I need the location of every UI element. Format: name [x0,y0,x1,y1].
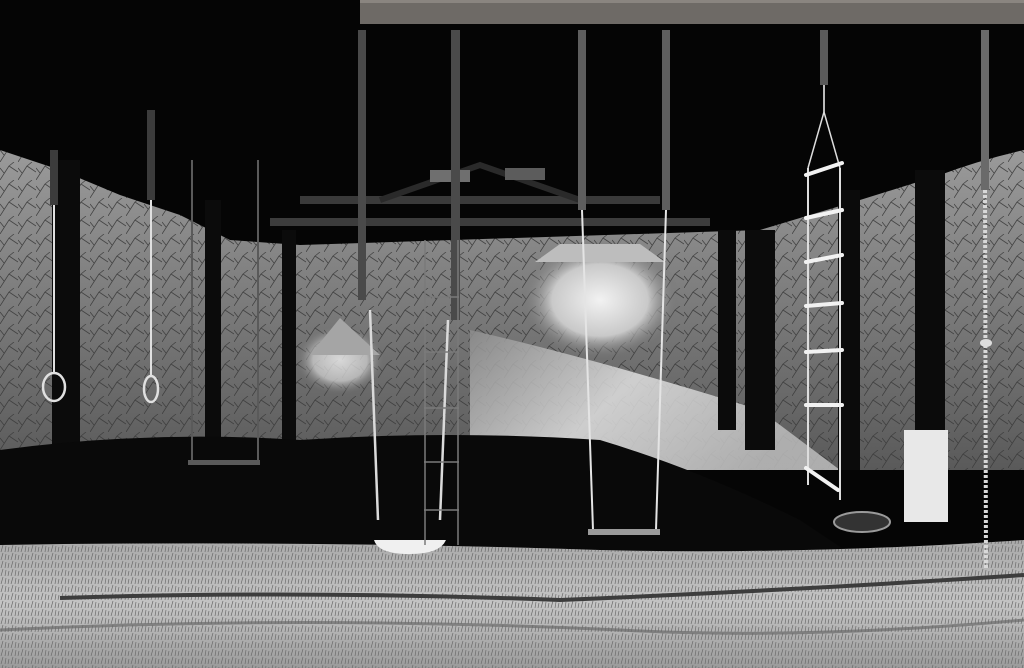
photo-scene [0,0,1024,668]
tire [834,512,890,532]
ground [0,540,1024,668]
playground-photo [0,0,1024,668]
white-box [904,430,948,522]
roof-beam [360,0,1024,24]
